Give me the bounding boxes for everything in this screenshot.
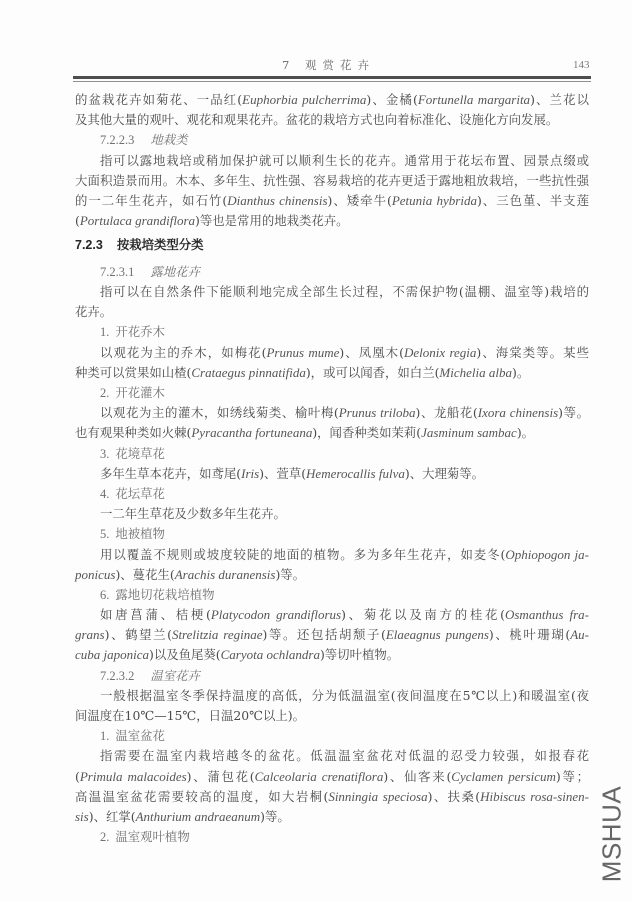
running-header-title: 7 观赏花卉 [282, 57, 375, 73]
section-heading: 7.2.3按栽培类型分类 [75, 235, 589, 255]
paragraph-line: 指可以露地栽培或稍加保护就可以顺利生长的花卉。通常用于花坛布置、园景点缀或 [75, 151, 589, 171]
item-title: 花坛草花 [115, 486, 165, 501]
species-name: Cyclamen persicum [451, 769, 556, 784]
text-run: )等； [556, 769, 589, 784]
species-name: Crataegus pinnatifida [191, 365, 305, 380]
paragraph-line: 也有观果种类如火棘(Pyracantha fortuneana)，闻香种类如茉莉… [75, 423, 589, 443]
species-name: Ophiopogon ja- [505, 547, 589, 562]
subsection-heading: 7.2.2.3地栽类 [75, 130, 589, 150]
species-name: Sinningia speciosa [328, 789, 427, 804]
text-run: )、蔓花生( [115, 567, 174, 582]
species-name: Portulaca grandiflora [80, 213, 195, 228]
text-run: 也有观果种类如火棘( [75, 425, 191, 440]
species-name: Au- [570, 627, 589, 642]
watermark: MSHUA [597, 786, 628, 882]
list-item-heading: 2.开花灌木 [75, 383, 589, 403]
text-run: 高温温室盆花需要较高的温度，如大岩桐( [75, 789, 328, 804]
item-title: 开花灌木 [115, 385, 165, 400]
text-run: 花卉。 [75, 304, 112, 319]
list-item-heading: 5.地被植物 [75, 524, 589, 544]
paragraph-line: 指需要在温室内栽培越冬的盆花。低温温室盆花对低温的忍受力较强，如报春花 [75, 746, 589, 766]
text-run: )、蒲包花( [187, 769, 255, 784]
text-run: 用以覆盖不规则或坡度较陡的地面的植物。多为多年生花卉，如麦冬( [100, 547, 505, 562]
species-name: Pyracantha fortuneana [191, 425, 312, 440]
species-name: Dianthus chinensis [227, 193, 327, 208]
text-run: 多年生草本花卉，如鸢尾( [100, 466, 241, 481]
species-name: Caryota ochlandra [221, 647, 320, 662]
subsection-title: 地栽类 [150, 132, 187, 147]
species-name: Primula malacoides [80, 769, 187, 784]
text-run: 以观花为主的乔木，如梅花( [100, 345, 266, 360]
text-run: )、扶桑( [428, 789, 481, 804]
item-number: 3. [100, 447, 109, 461]
text-run: )等。 [260, 809, 290, 824]
item-number: 1. [100, 729, 109, 743]
section-title: 按栽培类型分类 [117, 237, 204, 252]
paragraph-line: (Portulaca grandiflora)等也是常用的地栽类花卉。 [75, 211, 589, 231]
species-name: Petunia hybrida [392, 193, 477, 208]
paragraph-line: ponicus)、蔓花生(Arachis duranensis)等。 [75, 565, 589, 585]
paragraph-line: 间温度在10℃—15℃，日温20℃以上)。 [75, 706, 589, 726]
text-run: )等切叶植物。 [320, 647, 399, 662]
header-rule-thick [73, 76, 591, 79]
list-item-heading: 3.花境草花 [75, 444, 589, 464]
subsection-number: 7.2.2.3 [100, 133, 134, 147]
text-run: )等也是常用的地栽类花卉。 [195, 213, 349, 228]
species-name: Osmanthus fra- [505, 607, 589, 622]
text-run: 的盆栽花卉如菊花、一品红( [75, 92, 242, 107]
text-run: 大面积造景而用。木本、多年生、抗性强、容易栽培的花卉更适于露地粗放栽培，一些抗性… [75, 173, 589, 188]
paragraph-line: 多年生草本花卉，如鸢尾(Iris)、萱草(Hemerocallis fulva)… [75, 464, 589, 484]
item-number: 1. [100, 325, 109, 339]
list-item-heading: 2.温室观叶植物 [75, 827, 589, 847]
paragraph-line: 如唐菖蒲、桔梗(Platycodon grandiflorus)、菊花以及南方的… [75, 605, 589, 625]
species-name: Iris [241, 466, 259, 481]
text-run: )、龙船花( [416, 405, 478, 420]
item-number: 4. [100, 487, 109, 501]
species-name: Euphorbia pulcherrima [242, 92, 366, 107]
text-run: )、海棠类等。某些 [476, 345, 589, 360]
header-rule-thin [73, 81, 591, 82]
text-run: )。 [512, 365, 529, 380]
text-run: 及其他大量的观叶、观花和观果花卉。盆花的栽培方式也向着标准化、设施化方向发展。 [75, 112, 558, 127]
species-name: Strelitzia reginae [172, 627, 263, 642]
species-name: sis [75, 809, 89, 824]
paragraph-line: (Primula malacoides)、蒲包花(Calceolaria cre… [75, 767, 589, 787]
text-run: )，或可以闻香，如白兰( [306, 365, 440, 380]
item-number: 5. [100, 527, 109, 541]
text-run: )、金橘( [366, 92, 417, 107]
species-name: Calceolaria crenatiflora [255, 769, 384, 784]
list-item-heading: 4.花坛草花 [75, 484, 589, 504]
species-name: Jasminum sambac [421, 425, 517, 440]
item-title: 温室盆花 [115, 728, 165, 743]
text-run: )、兰花以 [530, 92, 589, 107]
text-run: )等。 [275, 567, 305, 582]
paragraph-line: 用以覆盖不规则或坡度较陡的地面的植物。多为多年生花卉，如麦冬(Ophiopogo… [75, 545, 589, 565]
species-name: Anthurium andraeanum [136, 809, 261, 824]
page-number: 143 [573, 59, 590, 71]
paragraph-line: 及其他大量的观叶、观花和观果花卉。盆花的栽培方式也向着标准化、设施化方向发展。 [75, 110, 589, 130]
text-run: )以及鱼尾葵( [149, 647, 221, 662]
paragraph-line: cuba japonica)以及鱼尾葵(Caryota ochlandra)等切… [75, 645, 589, 665]
item-number: 2. [100, 830, 109, 844]
species-name: Prunus triloba [339, 405, 416, 420]
species-name: Platycodon grandiflorus [211, 607, 341, 622]
species-name: Arachis duranensis [175, 567, 276, 582]
paragraph-line: 以观花为主的灌木，如绣线菊类、榆叶梅(Prunus triloba)、龙船花(I… [75, 403, 589, 423]
species-name: cuba japonica [75, 647, 149, 662]
subsection-number: 7.2.3.1 [100, 265, 134, 279]
species-name: Prunus mume [266, 345, 339, 360]
subsection-heading: 7.2.3.1露地花卉 [75, 262, 589, 282]
text-run: )、仙客来( [383, 769, 451, 784]
species-name: Ixora chinensis [478, 405, 558, 420]
species-name: Elaeagnus pungens [386, 627, 489, 642]
text-run: 指可以露地栽培或稍加保护就可以顺利生长的花卉。通常用于花坛布置、园景点缀或 [100, 153, 589, 168]
paragraph-line: grans)、鹤望兰(Strelitzia reginae)等。还包括胡颓子(E… [75, 625, 589, 645]
text-run: 一般根据温室冬季保持温度的高低，分为低温温室(夜间温度在5℃以上)和暖温室(夜 [100, 688, 589, 703]
subsection-title: 温室花卉 [150, 668, 200, 683]
text-run: )、三色堇、半支莲 [477, 193, 589, 208]
paragraph-line: 花卉。 [75, 302, 589, 322]
list-item-heading: 1.温室盆花 [75, 726, 589, 746]
body-text: 的盆栽花卉如菊花、一品红(Euphorbia pulcherrima)、金橘(F… [75, 90, 589, 847]
list-item-heading: 6.露地切花栽培植物 [75, 585, 589, 605]
paragraph-line: 一二年生草花及少数多年生花卉。 [75, 504, 589, 524]
text-run: )、大理菊等。 [405, 466, 484, 481]
paragraph-line: sis)、红掌(Anthurium andraeanum)等。 [75, 807, 589, 827]
species-name: Fortunella margarita [418, 92, 530, 107]
species-name: Hibiscus rosa-sinen- [480, 789, 589, 804]
paragraph-line: 高温温室盆花需要较高的温度，如大岩桐(Sinningia speciosa)、扶… [75, 787, 589, 807]
text-run: 间温度在10℃—15℃，日温20℃以上)。 [75, 708, 305, 723]
subsection-heading: 7.2.3.2温室花卉 [75, 666, 589, 686]
species-name: ponicus [75, 567, 115, 582]
text-run: )、菊花以及南方的桂花( [341, 607, 505, 622]
item-title: 地被植物 [115, 526, 165, 541]
text-run: 一二年生草花及少数多年生花卉。 [100, 506, 286, 521]
text-run: )、鹤望兰( [105, 627, 172, 642]
paragraph-line: 种类可以赏果如山楂(Crataegus pinnatifida)，或可以闻香，如… [75, 363, 589, 383]
species-name: Michelia alba [439, 365, 512, 380]
section-number: 7.2.3 [75, 238, 103, 252]
species-name: Delonix regia [404, 345, 476, 360]
item-title: 温室观叶植物 [115, 829, 189, 844]
paragraph-line: 大面积造景而用。木本、多年生、抗性强、容易栽培的花卉更适于露地粗放栽培，一些抗性… [75, 171, 589, 191]
item-title: 开花乔木 [115, 324, 165, 339]
species-name: grans [75, 627, 105, 642]
text-run: )、桃叶珊瑚( [489, 627, 570, 642]
text-run: 以观花为主的灌木，如绣线菊类、榆叶梅( [100, 405, 339, 420]
text-run: )等。 [558, 405, 589, 420]
subsection-title: 露地花卉 [150, 264, 200, 279]
text-run: )。 [517, 425, 534, 440]
text-run: )，闻香种类如茉莉( [312, 425, 421, 440]
book-page: 7 观赏花卉 143 的盆栽花卉如菊花、一品红(Euphorbia pulche… [0, 0, 632, 901]
paragraph-line: 指可以在自然条件下能顺利地完成全部生长过程，不需保护物(温棚、温室等)栽培的 [75, 282, 589, 302]
text-run: )、凤凰木( [339, 345, 404, 360]
text-run: )等。还包括胡颓子( [263, 627, 386, 642]
item-number: 2. [100, 386, 109, 400]
item-title: 露地切花栽培植物 [115, 587, 214, 602]
species-name: Hemerocallis fulva [306, 466, 405, 481]
paragraph-line: 以观花为主的乔木，如梅花(Prunus mume)、凤凰木(Delonix re… [75, 343, 589, 363]
text-run: 如唐菖蒲、桔梗( [100, 607, 211, 622]
text-run: 指可以在自然条件下能顺利地完成全部生长过程，不需保护物(温棚、温室等)栽培的 [100, 284, 589, 299]
item-number: 6. [100, 588, 109, 602]
text-run: 指需要在温室内栽培越冬的盆花。低温温室盆花对低温的忍受力较强，如报春花 [100, 748, 589, 763]
text-run: )、萱草( [259, 466, 306, 481]
text-run: 种类可以赏果如山楂( [75, 365, 191, 380]
paragraph-line: 一般根据温室冬季保持温度的高低，分为低温温室(夜间温度在5℃以上)和暖温室(夜 [75, 686, 589, 706]
text-run: )、红掌( [89, 809, 136, 824]
item-title: 花境草花 [115, 446, 165, 461]
list-item-heading: 1.开花乔木 [75, 322, 589, 342]
text-run: 的一二年生花卉，如石竹( [75, 193, 227, 208]
text-run: )、矮牵牛( [328, 193, 392, 208]
paragraph-line: 的一二年生花卉，如石竹(Dianthus chinensis)、矮牵牛(Petu… [75, 191, 589, 211]
paragraph-line: 的盆栽花卉如菊花、一品红(Euphorbia pulcherrima)、金橘(F… [75, 90, 589, 110]
subsection-number: 7.2.3.2 [100, 669, 134, 683]
